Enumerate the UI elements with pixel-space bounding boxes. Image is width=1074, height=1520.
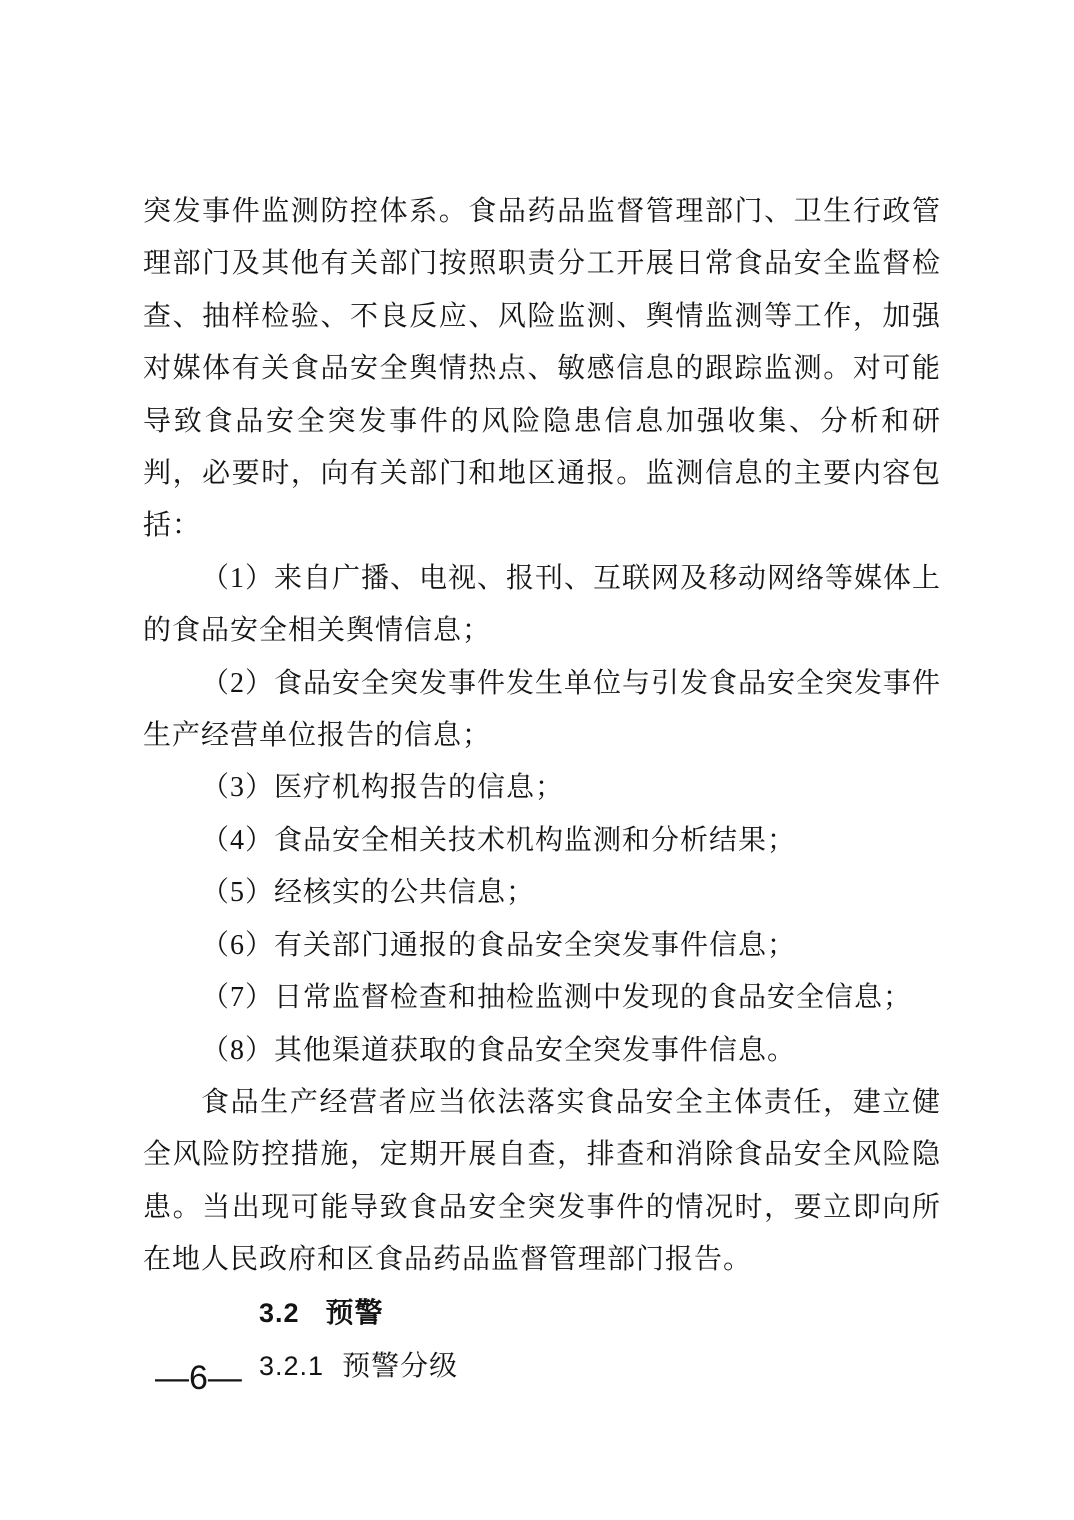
list-item-1: （1）来自广播、电视、报刊、互联网及移动网络等媒体上的食品安全相关舆情信息； <box>143 553 941 658</box>
list-item-5: （5）经核实的公共信息； <box>143 867 941 919</box>
section-number: 3.2 <box>201 1287 300 1339</box>
paragraph-monitoring-system: 突发事件监测防控体系。食品药品监督管理部门、卫生行政管理部门及其他有关部门按照职… <box>143 186 941 553</box>
page-footer: —6— <box>155 1356 242 1400</box>
document-page: 突发事件监测防控体系。食品药品监督管理部门、卫生行政管理部门及其他有关部门按照职… <box>0 0 1074 1520</box>
page-number: —6— <box>155 1359 242 1397</box>
paragraph-producer-responsibility: 食品生产经营者应当依法落实食品安全主体责任，建立健全风险防控措施，定期开展自查，… <box>143 1077 941 1287</box>
section-title: 预警 <box>326 1298 384 1329</box>
section-heading-3-2: 3.2预警 <box>143 1287 941 1340</box>
subsection-title: 预警分级 <box>342 1351 458 1382</box>
list-item-7: （7）日常监督检查和抽检监测中发现的食品安全信息； <box>143 972 941 1024</box>
section-heading-3-2-1: 3.2.1预警分级 <box>143 1340 941 1393</box>
list-item-6: （6）有关部门通报的食品安全突发事件信息； <box>143 920 941 972</box>
document-body: 突发事件监测防控体系。食品药品监督管理部门、卫生行政管理部门及其他有关部门按照职… <box>143 186 941 1393</box>
list-item-8: （8）其他渠道获取的食品安全突发事件信息。 <box>143 1025 941 1077</box>
list-item-3: （3）医疗机构报告的信息； <box>143 762 941 814</box>
list-item-4: （4）食品安全相关技术机构监测和分析结果； <box>143 815 941 867</box>
list-item-2: （2）食品安全突发事件发生单位与引发食品安全突发事件生产经营单位报告的信息； <box>143 658 941 763</box>
